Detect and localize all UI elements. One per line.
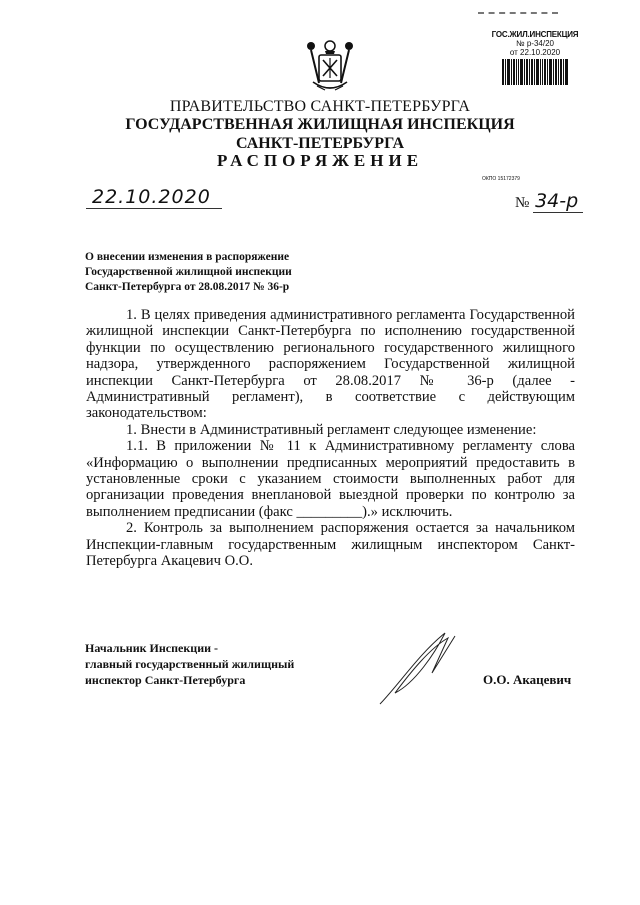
scan-artifact-dashes	[478, 12, 558, 16]
role-line: инспектор Санкт-Петербурга	[85, 672, 294, 688]
inspection-title: ГОСУДАРСТВЕННАЯ ЖИЛИЩНАЯ ИНСПЕКЦИЯ	[0, 116, 640, 134]
document-body: 1. В целях приведения административного …	[86, 307, 575, 570]
stamp-date: от 22.10.2020	[480, 48, 590, 57]
subject-line: Государственной жилищной инспекции	[85, 265, 292, 280]
paragraph-preamble: 1. В целях приведения административного …	[86, 307, 575, 422]
number-value: 34-р	[533, 190, 583, 213]
document-type: РАСПОРЯЖЕНИЕ	[0, 151, 640, 171]
document-number: № 34-р	[515, 190, 583, 213]
stamp-number: № р-34/20	[480, 39, 590, 48]
registration-stamp: ГОС.ЖИЛ.ИНСПЕКЦИЯ № р-34/20 от 22.10.202…	[480, 30, 590, 85]
coat-of-arms-icon	[305, 38, 355, 96]
signatory-name: О.О. Акацевич	[483, 672, 571, 688]
subject-line: О внесении изменения в распоряжение	[85, 250, 292, 265]
okpo-code: ОКПО 15172379	[482, 176, 520, 182]
paragraph-item-2: 2. Контроль за выполнением распоряжения …	[86, 520, 575, 569]
signatory-role: Начальник Инспекции - главный государств…	[85, 640, 294, 688]
document-date: 22.10.2020	[86, 186, 222, 209]
paragraph-item-1: 1. Внести в Административный регламент с…	[86, 422, 575, 438]
number-label: №	[515, 195, 529, 211]
paragraph-item-1-1: 1.1. В приложении № 11 к Административно…	[86, 438, 575, 520]
stamp-org: ГОС.ЖИЛ.ИНСПЕКЦИЯ	[480, 30, 590, 39]
subject-line: Санкт-Петербурга от 28.08.2017 № 36-р	[85, 280, 292, 295]
government-title: ПРАВИТЕЛЬСТВО САНКТ-ПЕТЕРБУРГА	[0, 98, 640, 116]
barcode	[494, 59, 576, 85]
handwritten-signature-icon	[360, 628, 490, 708]
role-line: Начальник Инспекции -	[85, 640, 294, 656]
role-line: главный государственный жилищный	[85, 656, 294, 672]
document-subject: О внесении изменения в распоряжение Госу…	[85, 250, 292, 295]
